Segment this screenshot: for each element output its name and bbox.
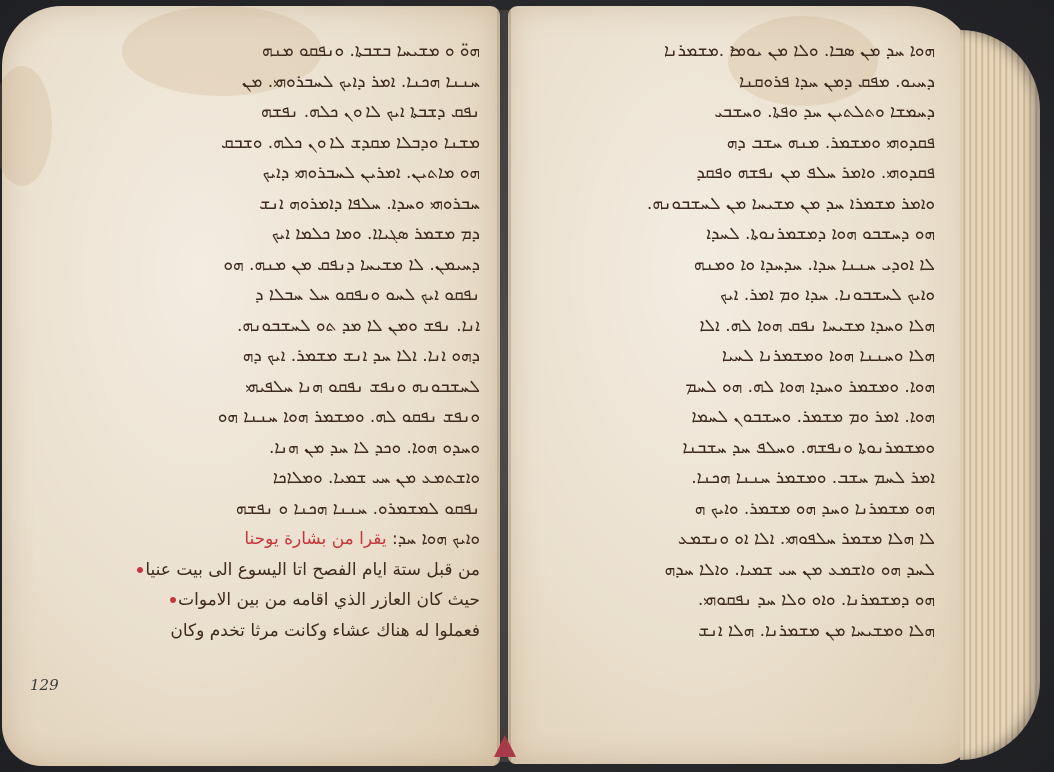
arabic-text: من قبل ستة ايام الفصح اتا اليسوع الى بيت…: [145, 560, 480, 580]
syriac-line: ܦܩܕܘܗܝ. ܘܐܡܪ ܚܠܦ ܡܢ ܢܦܫܗ ܘܦܩܕ: [530, 158, 935, 189]
syriac-line: ܢܦܩܘ ܐܝܟ ܠܚܘ ܘܢܦܩܘ ܚܠ ܚܒܠܐ ܕ: [95, 280, 480, 311]
syriac-line: ܗܠܐ ܘܚܢܢܐ ܗܘܐ ܘܡܫܡܪܢܐ ܠܚܝܐ: [530, 341, 935, 372]
syriac-line: ܗܘ ܡܫܡܪܢܐ ܘܚܕ ܗܘ ܡܫܡܪ. ܘܐܝܟ ܗ: [530, 494, 935, 525]
page-fore-edge: [960, 30, 1040, 760]
syriac-line: ܘܐܡܪ ܡܫܡܪܐ ܚܕ ܡܢ ܡܫܝܚܐ ܡܢ ܠܚܫܒܘܢܗ.: [530, 189, 935, 220]
rubric-line: ܘܐܝܟ ܗܘܐ ܚܕ: يقرا من بشارة يوحنا: [95, 524, 480, 555]
syriac-line: ܕܡ ܡܫܡܪ ܣܓܝܐܐ. ܘܡܐ ܟܠܡܐ ܐܝܟ: [95, 219, 480, 250]
syriac-line: ܕܗܘ ܐܢܐ. ܐܠܐ ܚܕ ܐܢܫ ܡܫܡܪ. ܐܝܟ ܕܗ: [95, 341, 480, 372]
edge-stain: [0, 66, 52, 186]
syriac-line: ܠܐ ܗܠܐ ܡܫܡܪ ܚܠܦܘܗܝ. ܐܠܐ ܐܘ ܘܢܫܡܥ: [530, 524, 935, 555]
syriac-line: ܚܢܢܐ ܗܟܢܐ. ܐܡܪ ܕܐܝܟ ܠܚܒܪܘܗܝ. ܡܢ: [95, 67, 480, 98]
syriac-line: ܗܘܐ. ܘܡܫܡܪ ܘܚܕܐ ܗܘܐ ܠܗ. ܗܘ ܠܚܡ: [530, 372, 935, 403]
arabic-text: حيث كان العازر الذي اقامه من بين الاموات: [178, 590, 480, 610]
red-verse-dot: [137, 567, 143, 573]
folio-number: 129: [30, 676, 59, 694]
syriac-line: ܘܡܫܡܪܢܘܬܐ ܘܢܦܫܗ. ܘܚܠܦ ܚܕ ܚܫܒܢܐ: [530, 433, 935, 464]
syriac-line: ܐܢܐ. ܢܦܫ ܘܡܢ ܠܐ ܡܕ ܬܘ ܠܚܫܒܘܢܗ.: [95, 311, 480, 342]
syriac-line: ܗܘ̈ ܘ ܡܫܝܚܐ ܒܫܒܬܐ. ܘܢܦܩܘ ܡܢܗ: [95, 36, 480, 67]
syriac-line: ܗܘ ܡܐܬܝܢ. ܐܡܪܝܢ ܠܚܒܪܘܗܝ ܕܐܝܟ: [95, 158, 480, 189]
syriac-line: ܕܚܝܘ. ܡܦܩ ܕܡܢ ܚܕܐ ܦܪܘܩܢܐ: [530, 67, 935, 98]
syriac-line: ܘܢܦܫ ܢܦܩܘ ܠܗ. ܘܡܫܡܪ ܗܘܐ ܚܢܢܐ ܗܘ: [95, 402, 480, 433]
syriac-line: ܘܐܫܬܡܥ ܡܢ ܚܝ ܫܡܝܐ. ܘܡܠܐܟܐ: [95, 463, 480, 494]
arabic-line: من قبل ستة ايام الفصح اتا اليسوع الى بيت…: [95, 555, 480, 586]
syriac-line: ܡܫܢܐ ܘܕܒܠܐ ܡܩܕܫ ܠܐ ܘܢ ܟܠܗ. ܘܫܒܩ: [95, 128, 480, 159]
arabic-line: فعملوا له هناك عشاء وكانت مرثا تخدم وكان: [95, 616, 480, 647]
syriac-line: ܗܘܐ ܚܕ ܡܢ ܣܒܐ. ܘܠܐ ܡܢ ܝܘܡܐ .ܡܫܡܪܢܐ: [530, 36, 935, 67]
left-page-text: ܗܘ̈ ܘ ܡܫܝܚܐ ܒܫܒܬܐ. ܘܢܦܩܘ ܡܢܗ ܚܢܢܐ ܗܟܢܐ. …: [95, 36, 480, 646]
syriac-line: ܗܠܐ ܘܚܕܐ ܡܫܝܚܐ ܢܦܩ ܗܘܐ ܠܗ. ܐܠܐ: [530, 311, 935, 342]
arabic-line: حيث كان العازر الذي اقامه من بين الاموات: [95, 585, 480, 616]
syriac-line: ܕܚܡܫܐ ܘܬܠܬܝܢ ܚܕ ܘܦܬܐ. ܘܚܫܒܝ: [530, 97, 935, 128]
syriac-line: ܗܘ ܕܚܫܒܘ ܗܘܐ ܕܡܫܡܪܢܘܬܐ. ܠܚܕܐ: [530, 219, 935, 250]
syriac-line: ܗܠܐ ܘܡܫܝܚܐ ܡܢ ܡܫܡܪܢܐ. ܗܠܐ ܐܢܫ: [530, 616, 935, 647]
syriac-line: ܐܡܪ ܠܚܡ ܚܫܒ. ܘܡܫܡܪ ܚܢܢܐ ܗܟܢܐ.: [530, 463, 935, 494]
book-gutter: [497, 10, 511, 762]
syriac-line: ܗܘܐ. ܐܡܪ ܘܡ ܡܫܡܪ. ܘܚܫܒܘܢ ܠܚܡܐ: [530, 402, 935, 433]
syriac-line: ܘܚܕܘ ܗܘܐ. ܘܟܕ ܠܐ ܚܕ ܡܢ ܗܢܐ.: [95, 433, 480, 464]
syriac-prefix: ܘܐܝܟ ܗܘܐ ܚܕ:: [392, 529, 480, 549]
syriac-line: ܕܚܝܡܢ. ܠܐ ܡܫܝܚܐ ܕܢܦܩ ܡܢ ܡܢܗ. ܗܘ: [95, 250, 480, 281]
syriac-line: ܗܘ ܕܡܫܡܪܢܐ. ܘܐܘ ܘܠܐ ܚܕ ܢܦܩܘܗܝ.: [530, 585, 935, 616]
syriac-line: ܘܐܝܟ ܠܚܫܒܘܢܐ. ܚܕܐ ܘܡ ܐܡܪ. ܐܝܟ: [530, 280, 935, 311]
right-page-text: ܗܘܐ ܚܕ ܡܢ ܣܒܐ. ܘܠܐ ܡܢ ܝܘܡܐ .ܡܫܡܪܢܐ ܕܚܝܘ.…: [530, 36, 935, 646]
syriac-line: ܚܒܪܘܗܝ ܘܚܕܐ. ܚܠܦܐ ܕܐܡܪܘܗ ܐܢܫ: [95, 189, 480, 220]
syriac-line: ܠܐ ܐܘܕܝ ܚܢܢܐ ܚܕܐ. ܚܕܚܕܐ ܘܐ ܘܡܢܗ: [530, 250, 935, 281]
syriac-line: ܢܦܩ ܕܫܒܬܐ ܐܝܟ ܠܐ ܘܢ ܟܠܗ. ܢܦܫܗ: [95, 97, 480, 128]
syriac-line: ܠܚܫܒܘܢܗ ܘܢܦܫ ܢܦܩܘ ܗܢܐ ܚܠܦܝܗܝ: [95, 372, 480, 403]
syriac-line: ܦܩܕܘܗܝ ܘܡܫܡܪ. ܡܢܗ ܚܫܒ ܕܗ: [530, 128, 935, 159]
syriac-line: ܢܦܩܘ ܠܡܫܡܪܘ. ܚܢܢܐ ܗܟܢܐ ܘ ܢܦܫܗ: [95, 494, 480, 525]
manuscript-photo: ܗܘ̈ ܘ ܡܫܝܚܐ ܒܫܒܬܐ. ܘܢܦܩܘ ܡܢܗ ܚܢܢܐ ܗܟܢܐ. …: [0, 0, 1054, 772]
red-rubric-heading: يقرا من بشارة يوحنا: [244, 529, 386, 549]
red-verse-dot: [170, 597, 176, 603]
syriac-line: ܠܚܕ ܗܘ ܘܐܫܡܥ ܡܢ ܚܝ ܫܡܝܐ. ܘܐܠܐ ܚܕܗ: [530, 555, 935, 586]
